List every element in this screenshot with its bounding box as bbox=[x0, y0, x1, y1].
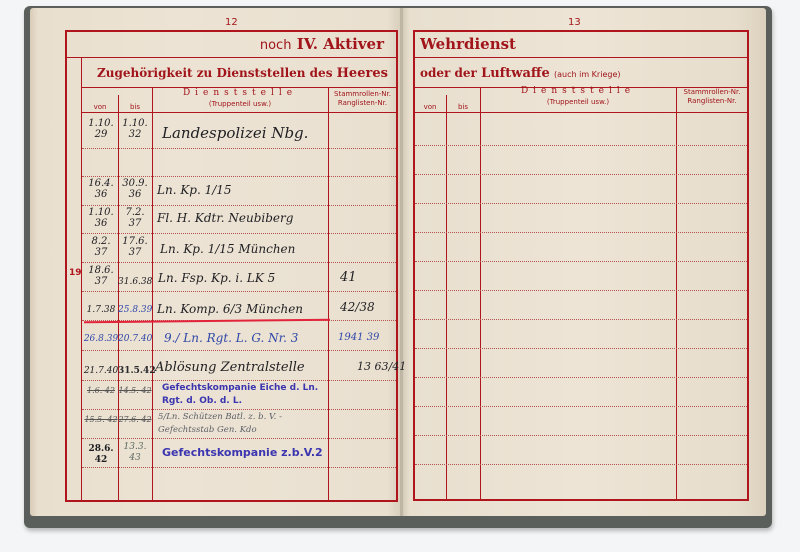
entry-bis: 13.3. 43 bbox=[118, 442, 152, 464]
right-header-subtitle: oder der Luftwaffe (auch im Kriege) bbox=[420, 66, 620, 81]
row-line bbox=[82, 291, 396, 292]
subtitle-bold: Luftwaffe bbox=[481, 66, 550, 81]
col-header-stammrollen: Stammrollen-Nr. bbox=[676, 88, 748, 97]
entry-bis: 14.5. 42 bbox=[118, 385, 152, 396]
entry-bis: 20.7.40 bbox=[118, 334, 152, 345]
col-header-von: von bbox=[82, 103, 118, 112]
row-line bbox=[415, 174, 747, 175]
right-header-divider-1 bbox=[413, 57, 749, 58]
entry-von: 15.5. 42 bbox=[84, 414, 118, 425]
row-line bbox=[82, 176, 396, 177]
entry-von: 8.2. 37 bbox=[84, 236, 118, 258]
entry-von: 21.7.40 bbox=[83, 366, 119, 377]
right-col-divider-von-bis bbox=[446, 95, 447, 500]
entry-von: 28.6. 42 bbox=[84, 444, 118, 466]
row-line bbox=[82, 467, 396, 468]
row-line bbox=[415, 145, 747, 146]
entry-nr: 42/38 bbox=[340, 300, 375, 314]
row-line bbox=[415, 406, 747, 407]
entry-bis: 30.9. 36 bbox=[118, 178, 152, 200]
row-line bbox=[82, 233, 396, 234]
entry-bis: 17.6. 37 bbox=[118, 236, 152, 258]
left-header-divider-3 bbox=[81, 112, 398, 113]
subtitle-bold: Heeres bbox=[337, 66, 388, 81]
entry-dienststelle: Landespolizei Nbg. bbox=[162, 124, 308, 142]
entry-von: 1.6. 42 bbox=[84, 385, 118, 396]
row-line bbox=[82, 438, 396, 439]
col-header-dienststelle-sub: (Truppenteil usw.) bbox=[152, 100, 328, 109]
entry-von: 18.6. 37 bbox=[84, 265, 118, 287]
entry-dienststelle: 5/Ln. Schützen Batl. z. b. V. - Gefechts… bbox=[158, 411, 330, 437]
col-header-dienststelle: Dienststelle bbox=[480, 86, 676, 96]
col-header-ranglisten: Ranglisten-Nr. bbox=[676, 97, 748, 106]
row-line bbox=[82, 350, 396, 351]
row-line bbox=[82, 380, 396, 381]
entry-dienststelle-stamp: Gefechtskompanie z.b.V.2 bbox=[162, 446, 323, 459]
col-header-dienststelle-sub: (Truppenteil usw.) bbox=[480, 98, 676, 107]
entry-von: 16.4. 36 bbox=[84, 178, 118, 200]
entry-dienststelle: Ln. Kp. 1/15 bbox=[157, 183, 232, 197]
entry-nr: 13 63/41 bbox=[357, 360, 406, 373]
header-bold: IV. Aktiver bbox=[297, 35, 384, 53]
row-line bbox=[415, 348, 747, 349]
entry-bis: 31.6.38 bbox=[118, 277, 152, 288]
row-line bbox=[415, 203, 747, 204]
entry-bis: 27.6. 42 bbox=[118, 414, 152, 425]
row-line bbox=[415, 377, 747, 378]
book-gutter bbox=[400, 8, 403, 516]
subtitle-text: oder der bbox=[420, 66, 477, 80]
row-line bbox=[82, 205, 396, 206]
right-header-title: Wehrdienst bbox=[420, 35, 516, 53]
col-header-ranglisten: Ranglisten-Nr. bbox=[328, 99, 397, 108]
entry-von: 26.8.39 bbox=[83, 334, 119, 345]
entry-dienststelle: 9./ Ln. Rgt. L. G. Nr. 3 bbox=[164, 331, 298, 345]
page-number-right: 13 bbox=[568, 17, 581, 28]
row-line bbox=[82, 148, 396, 149]
entry-bis: 25.8.39 bbox=[118, 305, 152, 316]
entry-nr: 1941 39 bbox=[338, 332, 379, 343]
subtitle-suffix: (auch im Kriege) bbox=[554, 70, 620, 79]
entry-bis: 31.5.42 bbox=[118, 366, 152, 377]
row-line bbox=[415, 464, 747, 465]
right-col-divider-bis-dienst bbox=[480, 87, 481, 500]
left-header-subtitle: Zugehörigkeit zu Dienststellen des Heere… bbox=[97, 66, 388, 81]
right-col-divider-dienst-nr bbox=[676, 87, 677, 500]
row-line bbox=[415, 290, 747, 291]
row-line bbox=[82, 409, 396, 410]
col-header-dienststelle: Dienststelle bbox=[152, 88, 328, 98]
entry-bis: 1.10. 32 bbox=[118, 118, 152, 140]
entry-von: 1.10. 36 bbox=[84, 207, 118, 229]
entry-dienststelle-stamp: Gefechtskompanie Eiche d. Ln. Rgt. d. Ob… bbox=[162, 382, 328, 408]
entry-nr: 41 bbox=[340, 270, 357, 285]
entry-dienststelle: Ln. Kp. 1/15 München bbox=[160, 242, 295, 256]
row-line bbox=[415, 261, 747, 262]
row-line bbox=[82, 262, 396, 263]
margin-number: 19 bbox=[69, 268, 82, 278]
right-header-divider-3 bbox=[413, 112, 749, 113]
entry-dienststelle: Ln. Fsp. Kp. i. LK 5 bbox=[158, 271, 275, 285]
entry-von: 1.10. 29 bbox=[84, 118, 118, 140]
entry-dienststelle: Fl. H. Kdtr. Neubiberg bbox=[157, 211, 293, 225]
row-line bbox=[415, 319, 747, 320]
subtitle-text: Zugehörigkeit zu Dienststellen des bbox=[97, 66, 332, 80]
col-header-stammrollen: Stammrollen-Nr. bbox=[328, 90, 397, 99]
page-number-left: 12 bbox=[225, 17, 238, 28]
entry-dienststelle: Ln. Komp. 6/3 München bbox=[157, 302, 303, 316]
row-line bbox=[415, 435, 747, 436]
col-header-bis: bis bbox=[446, 103, 480, 112]
header-prefix: noch bbox=[260, 38, 292, 53]
entry-dienststelle: Ablösung Zentralstelle bbox=[155, 360, 305, 375]
left-header-divider-1 bbox=[65, 57, 398, 58]
col-header-bis: bis bbox=[118, 103, 152, 112]
col-header-von: von bbox=[414, 103, 446, 112]
row-line bbox=[415, 232, 747, 233]
left-col-divider-von-bis bbox=[118, 95, 119, 501]
left-header-title: noch IV. Aktiver bbox=[260, 35, 384, 53]
entry-bis: 7.2. 37 bbox=[118, 207, 152, 229]
entry-von: 1.7.38 bbox=[83, 305, 119, 316]
left-margin-line bbox=[81, 57, 82, 501]
